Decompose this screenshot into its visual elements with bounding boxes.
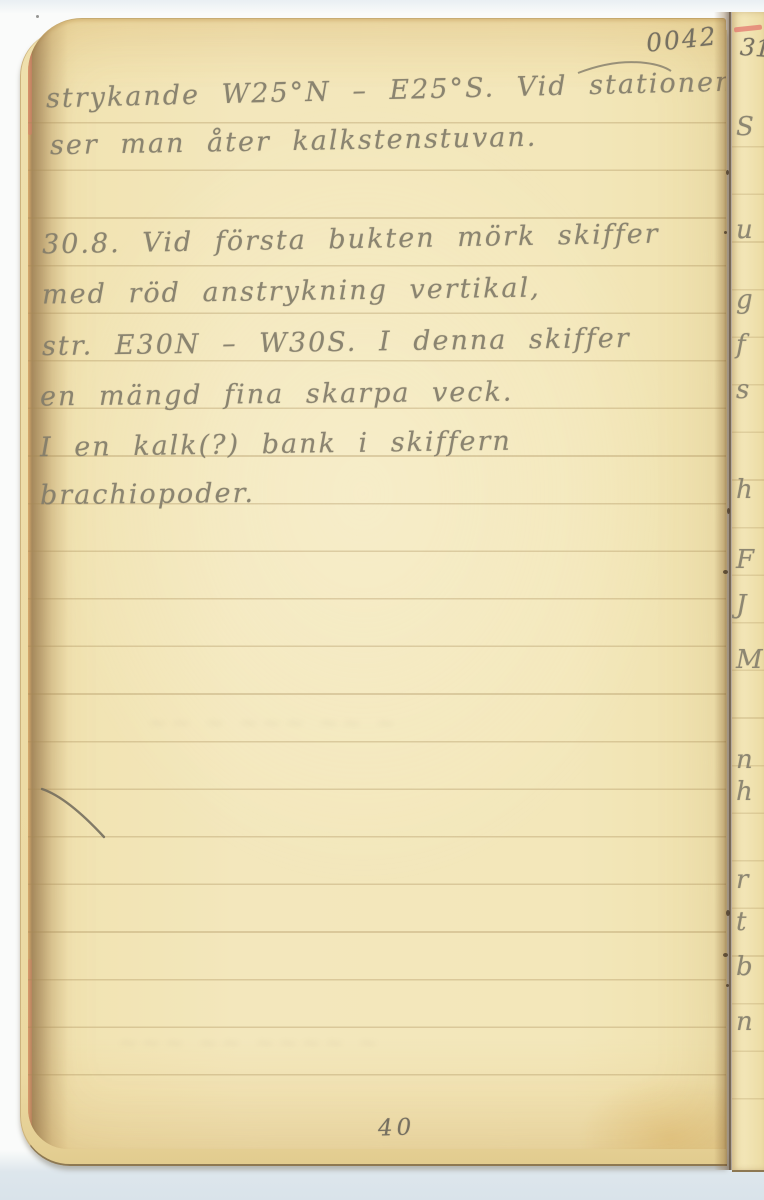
handwriting-line: en mängd fina skarpa veck. <box>40 377 514 413</box>
handwriting-line: str. E30N – W30S. I denna skiffer <box>42 323 631 362</box>
stitch-dot <box>726 170 729 175</box>
edge-fragment: J <box>736 590 746 620</box>
stitch-dot <box>723 953 728 957</box>
edge-fragment: n <box>736 745 753 775</box>
dust-speck <box>36 15 39 18</box>
edge-fragment: u <box>736 215 753 245</box>
left-page: 0042 strykande W25°N – E25°S. Vid statio… <box>28 18 726 1149</box>
handwriting-line: I en kalk(?) bank i skiffern <box>40 426 512 464</box>
show-through-smudge: ~~~ ~~ ~~~~ ~ <box>118 1029 381 1057</box>
handwriting-line: 30.8. Vid första bukten mörk skiffer <box>42 219 660 261</box>
edge-fragment: n <box>736 1007 753 1037</box>
edge-fragment: t <box>736 907 746 937</box>
red-page-edge-top <box>28 45 32 135</box>
stitch-dot <box>724 231 727 234</box>
edge-fragment: h <box>736 777 753 807</box>
edge-fragment: r <box>736 865 748 895</box>
right-page-number: 31 <box>739 33 764 63</box>
edge-fragment: b <box>736 952 753 982</box>
photo-number: 0042 <box>645 21 719 57</box>
page-fold-crease <box>729 12 731 1170</box>
page-number: 40 <box>378 1114 416 1141</box>
notebook-scan: 0042 strykande W25°N – E25°S. Vid statio… <box>0 0 764 1200</box>
edge-fragment: F <box>736 545 754 575</box>
right-ruled-lines <box>732 100 764 1140</box>
stitch-dot <box>727 508 730 514</box>
edge-fragment: S <box>736 112 754 142</box>
pencil-stray-mark <box>38 781 118 847</box>
edge-fragment: g <box>736 285 753 315</box>
edge-fragment: s <box>736 375 749 405</box>
stitch-dot <box>723 570 728 574</box>
binding-gutter <box>28 19 68 1149</box>
handwriting-line: brachiopoder. <box>40 478 255 511</box>
edge-fragment: h <box>736 475 753 505</box>
stitch-dot <box>726 984 729 987</box>
edge-fragment: f <box>736 330 746 360</box>
red-page-edge-mark <box>734 25 762 33</box>
stitch-dot <box>726 910 730 916</box>
show-through-smudge: ~~ ~ ~~~ ~~ ~ <box>148 709 399 737</box>
handwriting-line: strykande W25°N – E25°S. Vid stationen <box>46 67 726 115</box>
handwriting-line: med röd anstrykning vertikal, <box>42 273 541 311</box>
handwriting-line: ser man åter kalkstenstuvan. <box>50 122 538 162</box>
edge-fragment: M <box>736 645 763 675</box>
red-page-edge-bottom <box>28 959 32 1129</box>
right-page-sliver: 31 S u g f s h F J M n h r t b n <box>732 12 764 1172</box>
